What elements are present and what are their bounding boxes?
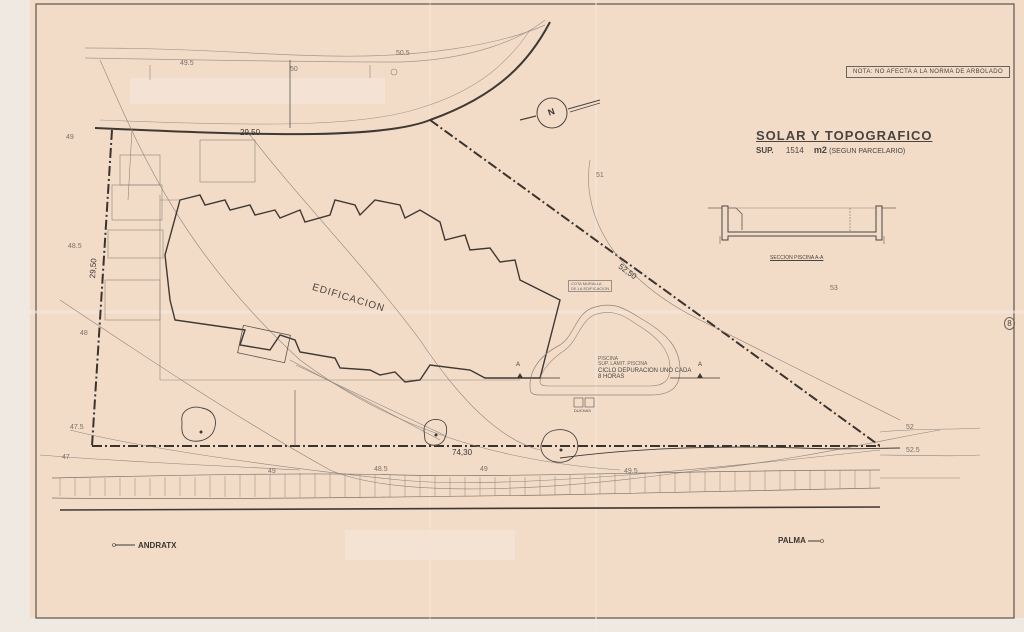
section-marker-right: A bbox=[698, 362, 702, 368]
contour-label: 52 bbox=[906, 424, 914, 431]
north-arrow-icon bbox=[520, 98, 600, 128]
pool-outline bbox=[530, 305, 680, 395]
site-plan-drawing bbox=[0, 0, 1024, 632]
tree-1 bbox=[182, 407, 216, 441]
surface-unit: m2 bbox=[814, 145, 827, 155]
surface-label: SUP. 1514 m2 (SEGUN PARCELARIO) bbox=[756, 145, 905, 155]
contour-label: 49 bbox=[480, 466, 488, 473]
contour-label: 48.5 bbox=[374, 466, 388, 473]
direction-palma: PALMA bbox=[778, 536, 806, 545]
dimension-north: 29,50 bbox=[240, 128, 260, 137]
nota-label: NOTA: NO AFECTA A LA NORMA DE ARBOLADO bbox=[846, 66, 1010, 78]
diagonal-boundary bbox=[430, 120, 880, 446]
pool-name-line2: SUP. LAMIT. PISCINA bbox=[598, 362, 647, 367]
direction-andratx: ANDRATX bbox=[138, 541, 177, 550]
west-boundary bbox=[92, 130, 112, 446]
contour-label: 52.5 bbox=[906, 447, 920, 454]
contour-label: 47 bbox=[62, 454, 70, 461]
pool-cycle-note: CICLO DEPURACION UNO CADA 8 HORAS bbox=[598, 368, 691, 380]
contour-label: 50 bbox=[290, 66, 298, 73]
showers-label: DUCHAS bbox=[574, 408, 591, 413]
dimension-west: 29,50 bbox=[88, 258, 98, 279]
contour-label: 50.5 bbox=[396, 50, 410, 57]
drawing-title: SOLAR Y TOPOGRAFICO bbox=[756, 128, 932, 143]
pool-section-diagram bbox=[708, 206, 896, 244]
wall-note: COTA MURALLA DE LA EDIFICACION bbox=[568, 280, 612, 292]
building-outline bbox=[165, 195, 560, 382]
page-mark: 8 bbox=[1004, 317, 1015, 330]
surface-value: 1514 bbox=[786, 146, 804, 155]
contour-label: 51 bbox=[596, 172, 604, 179]
section-caption: SECCION PISCINA A-A bbox=[770, 255, 823, 261]
surface-prefix: SUP. bbox=[756, 146, 774, 155]
contour-label: 48 bbox=[80, 330, 88, 337]
dimension-south: 74,30 bbox=[452, 448, 472, 457]
contour-label: 48.5 bbox=[68, 243, 82, 250]
section-marker-left: A bbox=[516, 362, 520, 368]
contour-label: 49.5 bbox=[180, 60, 194, 67]
surface-note: (SEGUN PARCELARIO) bbox=[829, 148, 905, 155]
contour-label: 49 bbox=[66, 134, 74, 141]
pool-name: PISCINA SUP. LAMIT. PISCINA bbox=[598, 357, 647, 367]
contour-label: 47.5 bbox=[70, 424, 84, 431]
wall-note-line2: DE LA EDIFICACION bbox=[571, 286, 609, 291]
contour-label: 49.5 bbox=[624, 468, 638, 475]
contour-label: 53 bbox=[830, 285, 838, 292]
tree-2 bbox=[424, 419, 447, 445]
contour-label: 49 bbox=[268, 468, 276, 475]
road-edge bbox=[60, 507, 880, 510]
pool-cycle-line2: 8 HORAS bbox=[598, 374, 691, 380]
road-hatching bbox=[60, 470, 870, 497]
